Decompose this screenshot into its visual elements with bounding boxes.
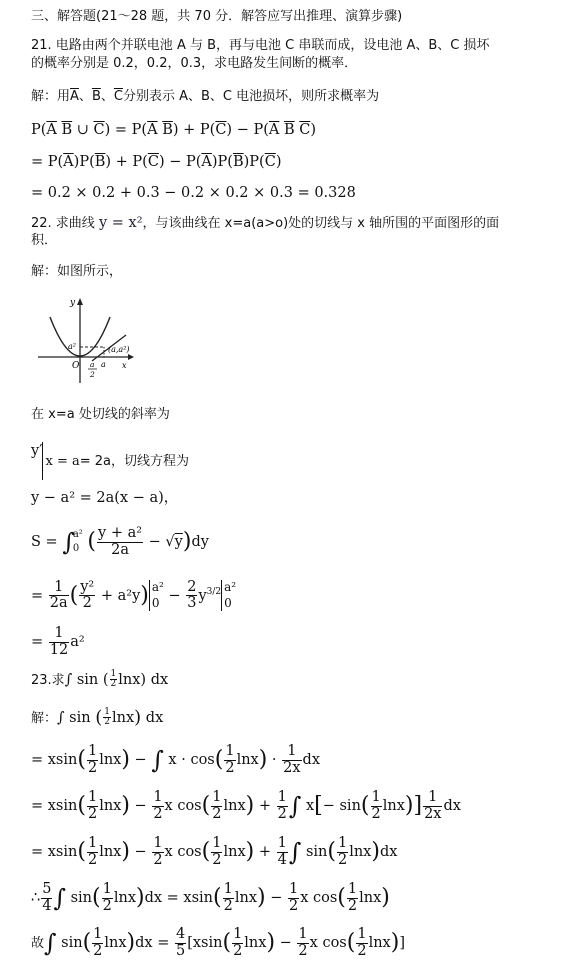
area-step2: = 12a(y²2 + a²y)a²0 − 23y3/2a²0 <box>31 572 236 616</box>
a-label: a <box>101 360 106 369</box>
b-num: 2 <box>186 580 197 596</box>
q22-question-line1: 22. 求曲线 y = x²，与该曲线在 x=a(a>o)处的切线与 x 轴所围… <box>31 214 499 233</box>
eval-lower: 0 <box>152 596 164 612</box>
section-heading: 三、解答题(21～28 题，共 70 分．解答应写出推理、演算步骤) <box>31 8 402 26</box>
parabola-tangent-figure: y a² (a,a²) O a 2 a x <box>34 295 144 387</box>
q21-eq3: = 0.2 × 0.2 + 0.3 − 0.2 × 0.2 × 0.3 = 0.… <box>31 184 356 202</box>
q21-eq1: P(A B ∪ C) = P(A B) + P(C) − P(A B C) <box>31 121 316 139</box>
q23-sol-prefix: 解： <box>31 711 57 726</box>
area-s: S = <box>31 534 58 550</box>
sol-suffix: 分别表示 A、B、C 电池损坏，则所求概率为 <box>123 89 379 104</box>
q23-step3: = xsin(12lnx) − 12x cos(12lnx) + 14∫ sin… <box>31 834 397 870</box>
q21-question-line2: 的概率分别是 0.2，0.2，0.3，求电路发生间断的概率． <box>31 55 357 73</box>
deriv-lhs: y′ <box>31 443 42 459</box>
q21-question-line1: 21. 电路由两个并联电池 A 与 B，再与电池 C 串联而成，设电池 A、B、… <box>31 37 490 55</box>
coef-num: 1 <box>49 580 69 596</box>
inner-num: y² <box>79 580 95 596</box>
result-num: 1 <box>49 626 69 642</box>
deriv-sub: x = a <box>45 454 79 469</box>
a-squared-label: a² <box>68 342 76 351</box>
slope-text: 在 x=a 处切线的斜率为 <box>31 406 170 424</box>
point-label: (a,a²) <box>108 345 130 354</box>
eval-bar: x = a <box>42 442 79 480</box>
hence-label: 故 <box>31 936 44 951</box>
half-a-num: a <box>90 360 94 369</box>
eval-lower-2: 0 <box>224 596 236 612</box>
x-axis-label: x <box>122 361 127 370</box>
q23-step5: 故∫ sin(12lnx)dx = 45[xsin(12lnx) − 12x c… <box>31 925 405 962</box>
result-tail: a² <box>70 634 84 650</box>
q23-step4: ∴54∫ sin(12lnx)dx = xsin(12lnx) − 12x co… <box>31 880 390 916</box>
y-axis-label: y <box>69 298 76 308</box>
event-b-bar: B <box>92 89 101 104</box>
q23-prefix: 23.求 <box>31 673 65 688</box>
b-den: 3 <box>186 596 197 611</box>
q23-solution-start: 解：∫ sin (12lnx) dx <box>31 708 163 728</box>
q21-solution-intro: 解：用A、B、C分别表示 A、B、C 电池损坏，则所求概率为 <box>31 88 379 106</box>
inner-den: 2 <box>79 596 95 611</box>
q23-question: 23.求∫ sin (12lnx) dx <box>31 670 168 690</box>
curve-formula: y = x² <box>99 215 143 231</box>
q22-rest: ，与该曲线在 x=a(a>o)处的切线与 x 轴所围的平面图形的面 <box>143 216 500 231</box>
q22-solution-intro: 解：如图所示， <box>31 263 122 281</box>
eval-upper-2: a² <box>224 580 236 596</box>
event-c-bar: C <box>114 89 123 104</box>
inner-rest: + a²y <box>101 588 140 604</box>
q23-step1: = xsin(12lnx) − ∫ x · cos(12lnx) · 12xdx <box>31 742 320 778</box>
lower-limit: 0 <box>73 542 83 556</box>
area-den: 2a <box>97 543 143 558</box>
deriv-rhs: = 2a，切线方程为 <box>80 454 189 469</box>
q23-step2: = xsin(12lnx) − 12x cos(12lnx) + 12∫ x[−… <box>31 788 461 824</box>
q22-prefix: 22. 求曲线 <box>31 216 99 231</box>
sep: 、 <box>79 89 92 104</box>
area-result: = 112a² <box>31 622 85 662</box>
area-integral: S = ∫a²0 (y + a²2a − √y)dy <box>31 522 209 562</box>
coef-den: 2a <box>49 596 69 611</box>
q21-eq2: = P(A)P(B) + P(C) − P(A)P(B)P(C) <box>31 153 281 171</box>
therefore-symbol: ∴ <box>31 890 40 906</box>
event-a-bar: A <box>70 89 79 104</box>
sol-prefix: 解：用 <box>31 89 70 104</box>
half-a-den: 2 <box>89 370 95 379</box>
sep: 、 <box>101 89 114 104</box>
result-den: 12 <box>49 643 69 658</box>
eval-upper: a² <box>152 580 164 596</box>
upper-limit: a² <box>73 528 83 542</box>
tangent-equation: y − a² = 2a(x − a)， <box>31 489 178 507</box>
area-num: y + a² <box>97 526 143 542</box>
q22-question-line2: 积． <box>31 232 57 250</box>
derivative-line: y′x = a= 2a，切线方程为 <box>31 442 189 480</box>
origin-label: O <box>72 361 80 371</box>
